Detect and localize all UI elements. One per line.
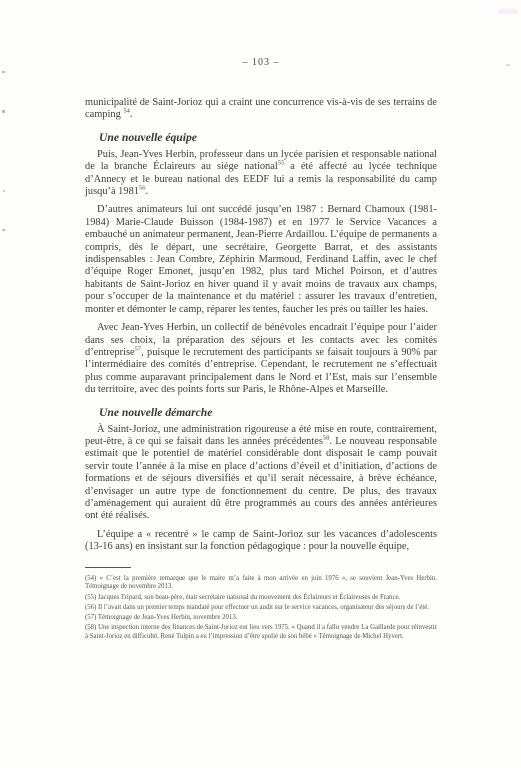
body-paragraph: municipalité de Saint-Jorioz qui a crain… — [85, 97, 437, 122]
footnote-reference: 54 — [123, 108, 130, 115]
scan-smudge — [498, 9, 518, 14]
body-paragraph: Puis, Jean-Yves Herbin, professeur dans … — [85, 149, 437, 199]
footnote: (54) « C’est la première remarque que le… — [85, 575, 437, 592]
footnotes-section: (54) « C’est la première remarque que le… — [85, 575, 437, 642]
page-number: – 103 – — [85, 57, 437, 68]
footnote: (58) Une inspection interne des finances… — [85, 624, 437, 641]
scan-artifact — [2, 71, 5, 73]
body-paragraph: À Saint-Jorioz, une administration rigou… — [85, 424, 437, 523]
body-paragraph: L’équipe a « recentré » le camp de Saint… — [85, 529, 437, 554]
footnote-reference: 58 — [323, 434, 330, 441]
scan-artifact — [2, 110, 5, 113]
footnote: (57) Témoignage de Jean-Yves Herbin, nov… — [85, 614, 437, 623]
scan-artifact — [2, 229, 5, 231]
footnote-separator — [85, 567, 131, 568]
footnote-reference: 55 — [278, 160, 285, 167]
body-text: municipalité de Saint-Jorioz qui a crain… — [85, 97, 437, 554]
body-paragraph: Avec Jean-Yves Herbin, un collectif de b… — [85, 322, 437, 396]
text-column: – 103 – municipalité de Saint-Jorioz qui… — [85, 0, 437, 643]
scan-artifact — [3, 190, 5, 192]
footnote-reference: 57 — [135, 345, 142, 352]
footnote: (56) Il l’avait dans un premier temps ma… — [85, 604, 437, 613]
footnote-reference: 56 — [139, 185, 146, 192]
section-heading: Une nouvelle équipe — [99, 131, 437, 144]
scanned-book-page: – 103 – municipalité de Saint-Jorioz qui… — [0, 0, 521, 768]
body-paragraph: D’autres animateurs lui ont succédé jusq… — [85, 204, 437, 316]
section-heading: Une nouvelle démarche — [99, 406, 437, 419]
footnote: (55) Jacques Tripard, son beau-père, éta… — [85, 594, 437, 603]
scan-artifact — [506, 64, 510, 66]
